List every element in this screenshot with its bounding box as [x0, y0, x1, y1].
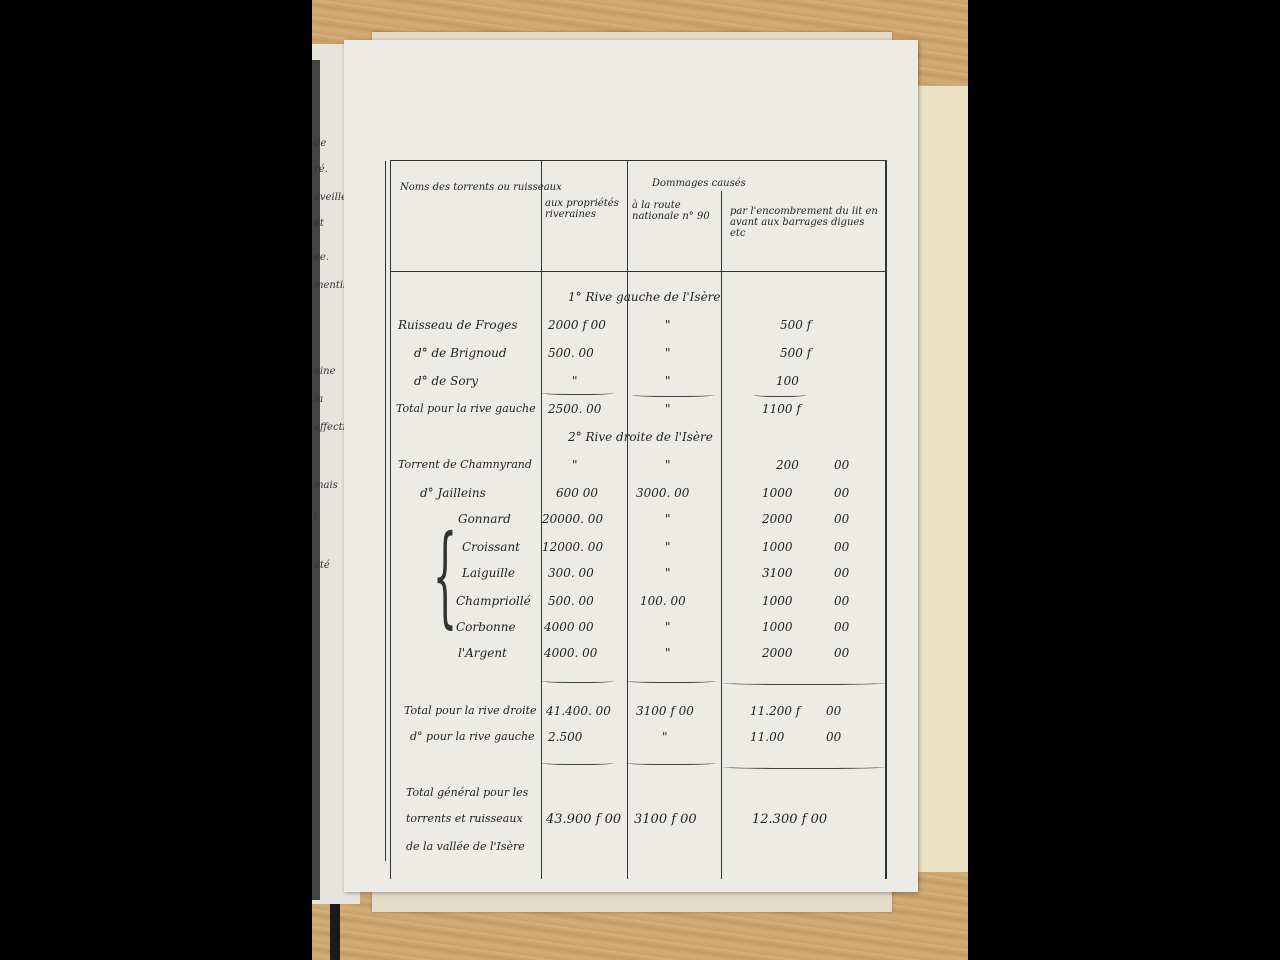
right-bank-total-name: Total pour la rive droite: [404, 704, 537, 717]
row-name: d° Jailleins: [420, 486, 486, 500]
general-total-name-line2: torrents et ruisseaux: [406, 812, 523, 825]
right-bank-total-cents: 00: [826, 704, 841, 718]
column-divider: [721, 191, 722, 879]
row-bed: 2000: [762, 646, 793, 660]
sum-line: [722, 680, 886, 685]
row-private: 500. 00: [548, 594, 594, 608]
row-name: Laiguille: [462, 566, 515, 580]
row-private: 12000. 00: [542, 540, 603, 554]
margin-fragment: ré.: [314, 164, 328, 175]
margin-fragment: la: [314, 394, 323, 405]
row-road: ": [665, 318, 671, 332]
margin-fragment: et: [314, 218, 324, 229]
general-total-road: 3100 f 00: [634, 812, 697, 827]
sum-line: [626, 678, 716, 683]
left-bank-total-bed: 11.00: [750, 730, 784, 744]
header-divider: [391, 271, 885, 272]
sum-line: [754, 392, 806, 397]
right-bank-total-private: 41.400. 00: [546, 704, 611, 718]
row-road: ": [665, 566, 671, 580]
row-cents: 00: [834, 512, 849, 526]
column-divider: [627, 161, 628, 879]
general-total-name-line3: de la vallée de l'Isère: [406, 840, 525, 853]
sum-line: [542, 390, 614, 395]
bookmark-ribbon: [330, 904, 340, 960]
row-road: ": [665, 346, 671, 360]
margin-fragment: éveillé: [314, 192, 347, 203]
row-name: Ruisseau de Froges: [398, 318, 518, 332]
header-col-private: aux propriétés riveraines: [545, 198, 623, 220]
row-bed: 500 f: [780, 318, 811, 332]
row-name: d° de Brignoud: [414, 346, 507, 360]
sum-line: [542, 678, 614, 683]
row-private: 4000 00: [544, 620, 594, 634]
row-name: Croissant: [462, 540, 520, 554]
row-bed: 2000: [762, 512, 793, 526]
row-private: 20000. 00: [542, 512, 603, 526]
row-road: ": [665, 620, 671, 634]
row-bed: 3100: [762, 566, 793, 580]
double-border-line: [385, 161, 386, 861]
general-total-bed: 12.300 f 00: [752, 812, 827, 827]
row-name: Champriollé: [456, 594, 531, 608]
row-bed: 200: [776, 458, 799, 472]
row-bed: 1000: [762, 540, 793, 554]
row-private: ": [572, 458, 578, 472]
sum-line: [722, 764, 886, 769]
row-private: 300. 00: [548, 566, 594, 580]
row-name: Corbonne: [456, 620, 516, 634]
row-bed: 1000: [762, 594, 793, 608]
sum-line: [632, 392, 714, 397]
section-title: 1° Rive gauche de l'Isère: [568, 290, 721, 304]
margin-fragment: ee.: [314, 252, 329, 263]
row-road: ": [665, 374, 671, 388]
row-cents: 00: [834, 594, 849, 608]
row-private: 500. 00: [548, 346, 594, 360]
margin-fragment: mais: [314, 480, 338, 491]
row-road: ": [665, 540, 671, 554]
total-private: 2500. 00: [548, 402, 601, 416]
row-cents: 00: [834, 620, 849, 634]
row-road: 3000. 00: [636, 486, 689, 500]
margin-fragment: aine: [314, 366, 336, 377]
row-name: l'Argent: [458, 646, 507, 660]
row-bed: 1000: [762, 620, 793, 634]
row-private: 2000 f 00: [548, 318, 606, 332]
row-bed: 500 f: [780, 346, 811, 360]
header-col-names: Noms des torrents ou ruisseaux: [400, 182, 562, 193]
row-road: 100. 00: [640, 594, 686, 608]
left-bank-total-cents: 00: [826, 730, 841, 744]
row-private: 600 00: [556, 486, 598, 500]
left-bank-total-private: 2.500: [548, 730, 582, 744]
row-road: ": [665, 512, 671, 526]
left-bank-total-name: d° pour la rive gauche: [410, 730, 535, 743]
row-cents: 00: [834, 486, 849, 500]
grouping-brace: {: [433, 520, 458, 630]
right-underlying-sheet: [918, 86, 968, 872]
row-private: 4000. 00: [544, 646, 597, 660]
row-bed: 100: [776, 374, 799, 388]
total-bed: 1100 f: [762, 402, 801, 416]
right-bank-total-bed: 11.200 f: [750, 704, 800, 718]
row-cents: 00: [834, 458, 849, 472]
sum-line: [542, 760, 614, 765]
sum-line: [626, 760, 716, 765]
row-name: d° de Sory: [414, 374, 478, 388]
row-name: Gonnard: [458, 512, 511, 526]
general-total-name-line1: Total général pour les: [406, 786, 528, 799]
margin-fragment: i: [314, 510, 317, 521]
general-total-private: 43.900 f 00: [546, 812, 621, 827]
section-title: 2° Rive droite de l'Isère: [568, 430, 713, 444]
total-name: Total pour la rive gauche: [396, 402, 536, 415]
row-road: ": [665, 646, 671, 660]
row-cents: 00: [834, 646, 849, 660]
header-damage-title: Dommages causés: [652, 178, 746, 189]
row-private: ": [572, 374, 578, 388]
row-cents: 00: [834, 540, 849, 554]
row-name: Torrent de Chamnyrand: [398, 458, 532, 471]
row-cents: 00: [834, 566, 849, 580]
margin-fragment: été: [314, 560, 330, 571]
row-road: ": [665, 458, 671, 472]
right-bank-total-road: 3100 f 00: [636, 704, 694, 718]
left-bank-total-road: ": [662, 730, 668, 744]
header-col-road: à la route nationale n° 90: [632, 200, 716, 222]
header-col-bed: par l'encombrement du lit en avant aux b…: [730, 206, 880, 239]
margin-fragment: de: [314, 138, 326, 149]
row-bed: 1000: [762, 486, 793, 500]
total-road: ": [665, 402, 671, 416]
